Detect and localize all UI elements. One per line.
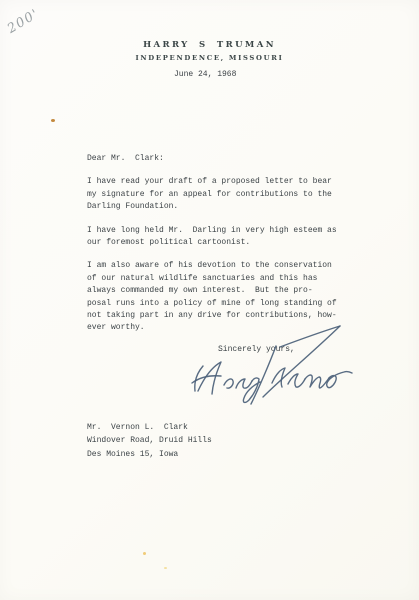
letter-page: 200' HARRY S TRUMAN INDEPENDENCE, MISSOU…: [0, 0, 419, 600]
letterhead-location: INDEPENDENCE, MISSOURI: [0, 54, 419, 62]
paragraph-3: I am also aware of his devotion to the c…: [87, 260, 357, 334]
letterhead: HARRY S TRUMAN INDEPENDENCE, MISSOURI: [0, 40, 419, 62]
recipient-city: Des Moines 15, Iowa: [87, 448, 212, 461]
paper-speck: [164, 567, 167, 569]
pencil-annotation: 200': [5, 6, 42, 37]
paragraph-2: I have long held Mr. Darling in very hig…: [87, 225, 357, 250]
letter-body: Dear Mr. Clark: I have read your draft o…: [87, 153, 357, 346]
closing-line: Sincerely yours,: [218, 345, 295, 354]
date-line: June 24, 1968: [174, 70, 236, 79]
recipient-address: Mr. Vernon L. Clark Windover Road, Druid…: [87, 421, 212, 461]
salutation: Dear Mr. Clark:: [87, 153, 357, 165]
paper-speck: [51, 119, 55, 122]
recipient-name: Mr. Vernon L. Clark: [87, 421, 212, 434]
paper-speck: [143, 552, 146, 555]
recipient-street: Windover Road, Druid Hills: [87, 434, 212, 447]
paragraph-1: I have read your draft of a proposed let…: [87, 176, 357, 213]
letterhead-name: HARRY S TRUMAN: [0, 40, 419, 50]
